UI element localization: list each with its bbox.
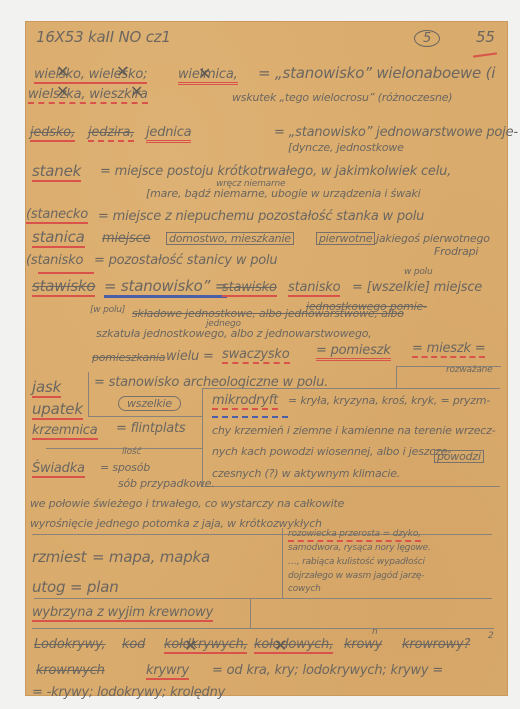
- wielsko-definition-cont: wskutek „tego wielocrosu” (różnoczesne): [232, 92, 452, 103]
- stanecko-definition: = miejsce z niepuchemu pozostałość stank…: [98, 210, 424, 223]
- bracket-line: [88, 372, 89, 416]
- krowrwych-strike: krowrwych: [36, 664, 105, 677]
- jedsko-definition-cont: [dyncze, jednostkowe: [288, 142, 404, 153]
- stanica-strike: miejsce: [102, 232, 150, 245]
- stawisko-line3: składowe jednostkowe, albo jednowarstwow…: [132, 308, 404, 319]
- right-box-line2: samodwora, rysąca nory lęgowe.: [288, 544, 431, 553]
- wielsko-definition: = „stanowisko” wielonaboewe (i: [258, 66, 495, 81]
- utog-definition: = plan: [70, 580, 119, 595]
- stawisko-equivalent: = stanowisko” =: [104, 279, 227, 298]
- index-card: 16X53 kaII NO cz1 5 55 wielsko, wieleśko…: [26, 22, 507, 695]
- wybrzyna-line: wybrzyna z wyjim krewnowy: [32, 606, 213, 622]
- rzmiest-term: rzmiest: [32, 550, 86, 565]
- stanica-boxed-def: domostwo, mieszkanie: [166, 232, 294, 245]
- polowe-line: we połowie świeżego i trwałego, co wysta…: [30, 498, 344, 509]
- powodzi-line: nych kach powodzi wiosennej, albo i jesz…: [212, 446, 451, 457]
- right-box-line1: rozowiecka przerosta = dzyko,: [288, 530, 421, 542]
- stanisko-definition: = pozostałość stanicy w polu: [94, 254, 277, 267]
- jask-term: jask: [32, 380, 61, 398]
- upatek-term: upatek: [32, 402, 83, 420]
- krywry-term: krywry: [146, 664, 189, 680]
- swiadka-definition: = sposób: [100, 462, 150, 473]
- box-left: [282, 528, 283, 598]
- swiadka-superscript: ilość: [122, 448, 141, 457]
- bottom-superscript: n: [372, 628, 378, 637]
- krowrowy-strike: krowrowy?: [402, 638, 470, 651]
- bracket-line: [396, 366, 397, 388]
- pomieszkania-strike: pomieszkania: [92, 352, 165, 363]
- mieszk-term: = mieszk =: [412, 342, 485, 358]
- mikrodryft-term: mikrodryft: [212, 394, 278, 410]
- stawisko-superscript: w polu: [404, 268, 432, 277]
- stawisko-term: stawisko: [32, 279, 95, 297]
- wyrosniecie-line: wyrośnięcie jednego potomka z jaja, w kr…: [30, 518, 322, 529]
- jedzira-term: jedzira,: [88, 126, 134, 142]
- box-bottom: [202, 486, 500, 487]
- swiadka-term: Świadka: [32, 462, 85, 478]
- swaczysko-term: swaczysko: [222, 348, 290, 364]
- divider-line: [34, 598, 284, 599]
- box-left: [202, 388, 203, 486]
- lodokrywy-strike: Lodokrywy,: [34, 638, 105, 651]
- page-number-red-mark: [473, 52, 497, 57]
- cross-out-mark: ✕: [56, 64, 69, 80]
- mikrodryft-blue-underline: [212, 416, 288, 418]
- stanek-definition: = miejsce postoju krótkotrwałego, w jaki…: [100, 165, 451, 178]
- stawisko-bracket: [w polu]: [90, 306, 125, 315]
- krzemnica-term: krzemnica: [32, 424, 98, 440]
- right-box-line5: cowych: [288, 585, 321, 594]
- jednica-term: jednica: [146, 126, 191, 143]
- stanisko-term: (stanisko: [26, 254, 83, 267]
- scanned-document: 16X53 kaII NO cz1 5 55 wielsko, wieleśko…: [0, 0, 520, 709]
- kod-strike: kod: [122, 638, 145, 651]
- cross-out-mark: ✕: [198, 66, 211, 82]
- rzmiest-definition: = mapa, mapka: [92, 550, 210, 565]
- wszelkie-oval: wszelkie: [118, 396, 181, 411]
- stanecko-term: (stanecko: [26, 208, 88, 224]
- swiadka-definition-cont: sób przypadkowe.: [118, 478, 215, 489]
- stanica-definition: jakiegoś pierwotnego: [376, 233, 490, 244]
- divider-line: [32, 628, 494, 629]
- stanek-term: stanek: [32, 164, 81, 182]
- stawisko-definition: = [wszelkie] miejsce: [352, 281, 482, 294]
- bottom-superscript2: 2: [488, 632, 494, 641]
- cross-out-mark: ✕: [184, 638, 197, 654]
- krzemnica-definition: = flintplats: [116, 422, 185, 435]
- bracket-line: [88, 416, 202, 417]
- jedsko-term: jedsko,: [30, 126, 75, 142]
- mikrodryft-superscript: rozważane: [446, 366, 493, 375]
- chy-line: chy krzemień i ziemne i kamienne na tere…: [212, 425, 496, 436]
- stanisko-alt: stanisko: [288, 281, 340, 297]
- page-number: 55: [476, 30, 495, 45]
- cross-out-mark: ✕: [116, 64, 129, 80]
- powodzi-box: powodzi: [434, 450, 484, 463]
- krywy-line: = -krywy; lodokrywy; krolędny: [32, 686, 225, 699]
- krywry-definition: = od kra, kry; lodokrywych; krywy =: [212, 664, 443, 677]
- stanisko-red-underline: [38, 272, 94, 274]
- stanek-sub-definition: [mare, bądź niemarne, ubogie w urządzeni…: [146, 188, 420, 199]
- right-box-line4: dojrzałego w wasm jagód jarzę-: [288, 572, 424, 581]
- stawisko-line4: szkatuła jednostkowego, albo z jednowars…: [96, 328, 372, 339]
- card-reference: 16X53 kaII NO cz1: [36, 30, 171, 45]
- cross-out-mark: ✕: [56, 84, 69, 100]
- czesnych-line: czesnych (?) w aktywnym klimacie.: [212, 468, 400, 479]
- box-top: [202, 388, 500, 389]
- jedsko-definition: = „stanowisko” jednowarstwowe poje-: [274, 126, 518, 139]
- box-bottom: [282, 598, 492, 599]
- utog-term: utog: [32, 580, 65, 595]
- wielu-text: wielu =: [166, 350, 214, 363]
- kolodowych-strike: kołodowych,: [254, 638, 333, 654]
- right-box-line3: …, rabiąca kulistość wypadłości: [288, 558, 425, 567]
- stanica-sub: Frodrapi: [434, 246, 478, 257]
- stanica-boxed-def2: pierwotne: [316, 232, 375, 245]
- pomieszk-term: = pomieszk: [316, 344, 391, 361]
- koldkrywych-strike: kołdkrywych,: [164, 638, 247, 654]
- divider-line: [32, 534, 492, 535]
- circled-number: 5: [414, 30, 440, 47]
- mikrodryft-definition: = kryła, kryzyna, kroś, kryk, = pryzm-: [288, 395, 490, 406]
- box-right: [250, 598, 251, 628]
- stanica-term: stanica: [32, 230, 85, 248]
- cross-out-mark: ✕: [130, 84, 143, 100]
- stawisko-strike: stawisko: [222, 281, 277, 297]
- cross-out-mark: ✕: [274, 638, 287, 654]
- krowy-strike: krowy: [344, 638, 382, 651]
